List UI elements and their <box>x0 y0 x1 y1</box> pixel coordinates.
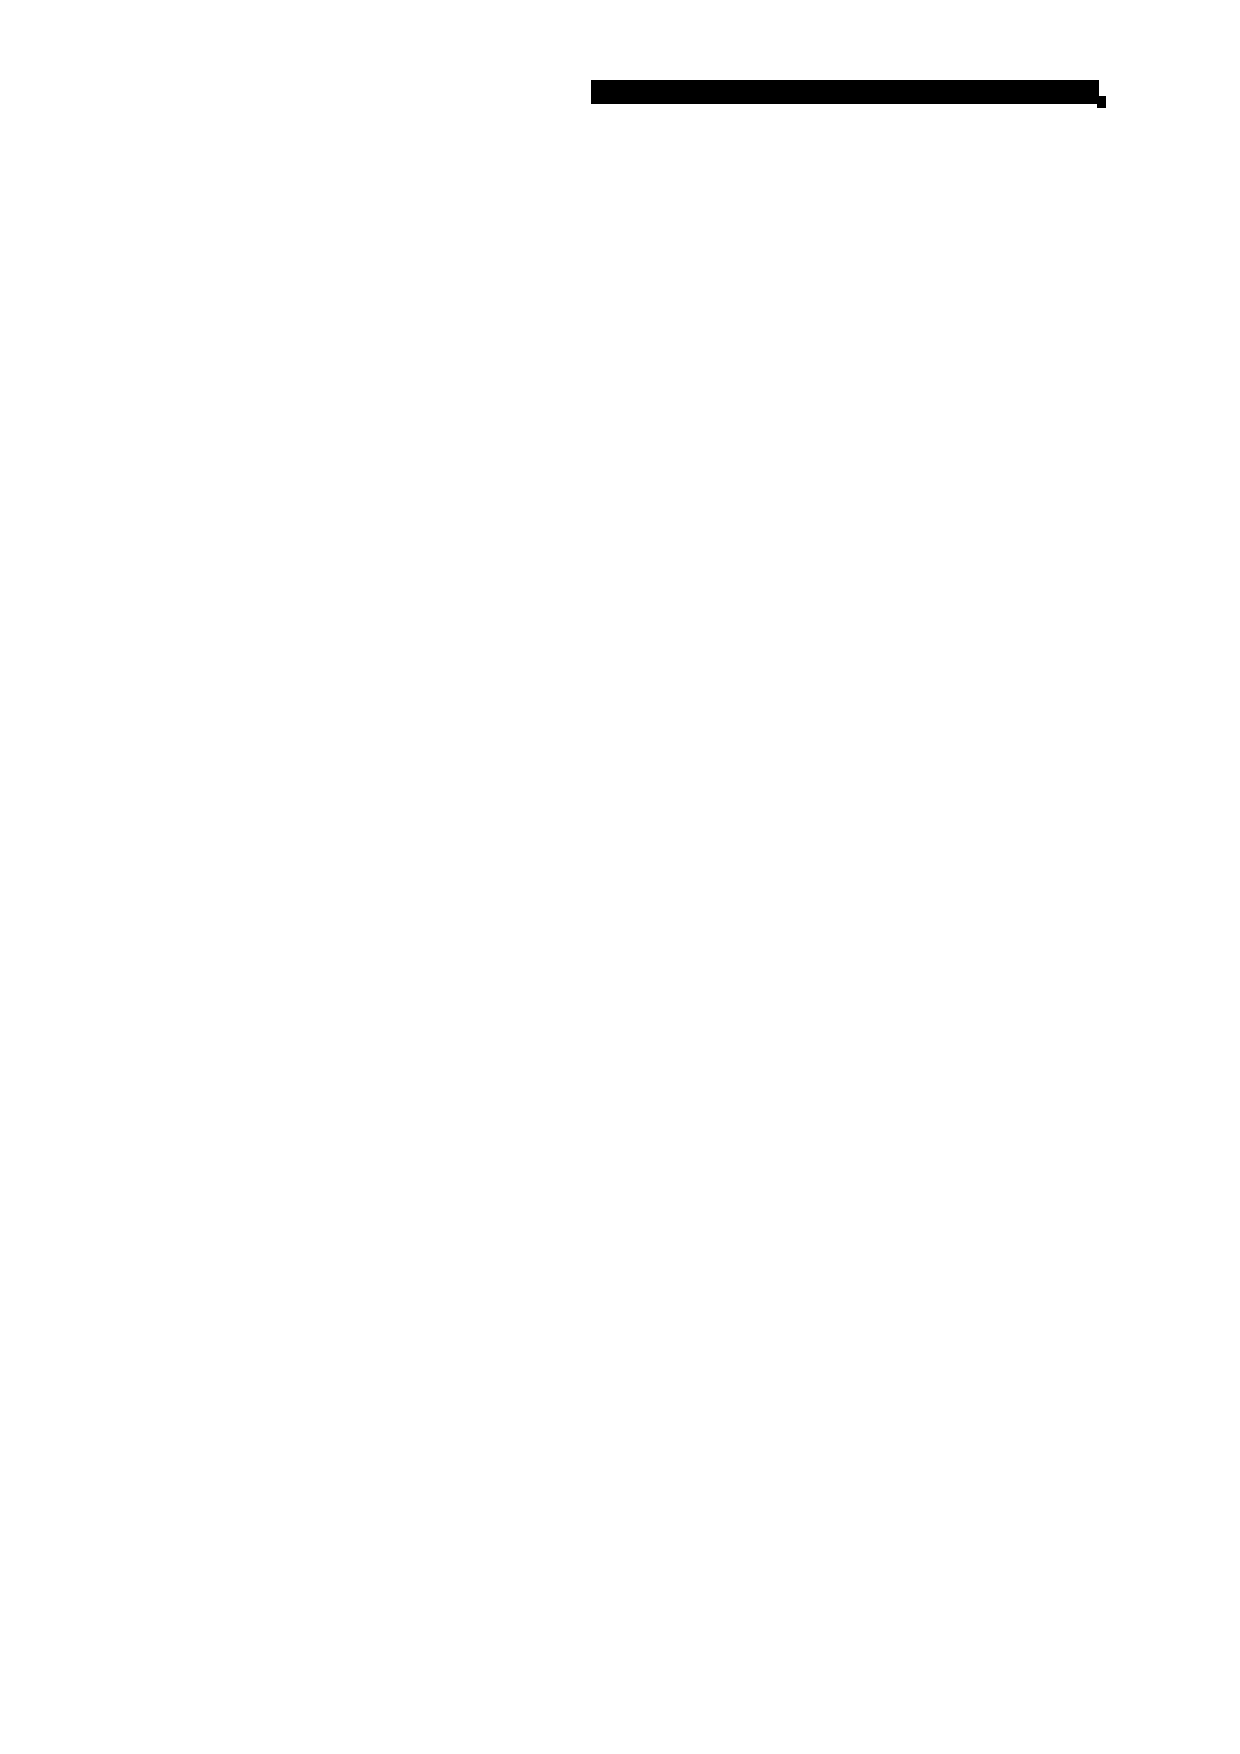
header-journal-title-redaction <box>1097 96 1106 108</box>
header-journal-title-redaction <box>591 88 601 104</box>
header-journal-title-redaction <box>591 80 1099 104</box>
document-page <box>0 0 1240 1754</box>
